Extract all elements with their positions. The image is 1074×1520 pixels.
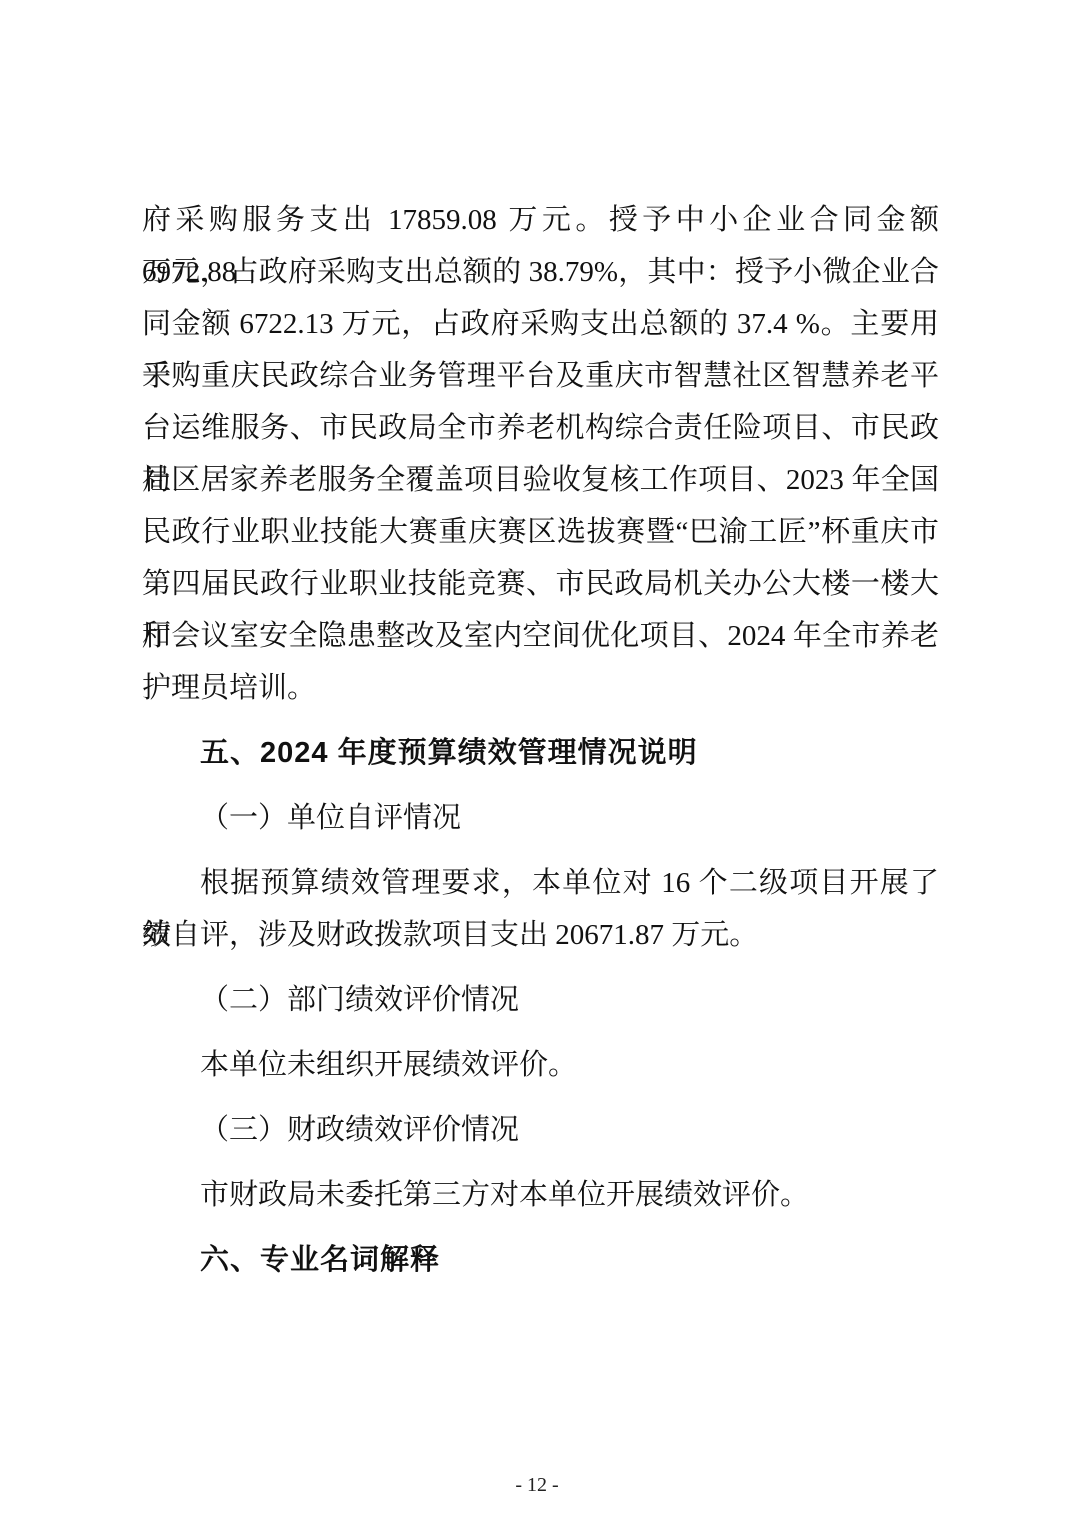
- page-number: - 12 -: [0, 1472, 1074, 1498]
- body-line: 效自评，涉及财政拨款项目支出 20671.87 万元。: [142, 909, 939, 961]
- paragraph-department-evaluation: 本单位未组织开展绩效评价。: [142, 1039, 939, 1091]
- section-5-1-heading: （一）单位自评情况: [142, 792, 939, 844]
- document-body: 府采购服务支出 17859.08 万元。授予中小企业合同金额 6972.88 万…: [142, 194, 939, 1299]
- paragraph-finance-evaluation: 市财政局未委托第三方对本单位开展绩效评价。: [142, 1169, 939, 1221]
- body-line: 民政行业职业技能大赛重庆赛区选拔赛暨“巴渝工匠”杯重庆市: [142, 506, 939, 558]
- paragraph-procurement: 府采购服务支出 17859.08 万元。授予中小企业合同金额 6972.88 万…: [142, 194, 939, 714]
- body-line: 万元，占政府采购支出总额的 38.79%，其中：授予小微企业合: [142, 246, 939, 298]
- body-line: 护理员培训。: [142, 662, 939, 714]
- body-line: 社区居家养老服务全覆盖项目验收复核工作项目、2023 年全国: [142, 454, 939, 506]
- paragraph-self-evaluation: 根据预算绩效管理要求，本单位对 16 个二级项目开展了绩 效自评，涉及财政拨款项…: [142, 857, 939, 961]
- body-line: 同金额 6722.13 万元，占政府采购支出总额的 37.4 %。主要用于: [142, 298, 939, 350]
- body-line: 根据预算绩效管理要求，本单位对 16 个二级项目开展了绩: [142, 857, 939, 909]
- section-5-heading: 五、2024 年度预算绩效管理情况说明: [142, 727, 939, 779]
- section-5-3-heading: （三）财政绩效评价情况: [142, 1104, 939, 1156]
- body-line: 采购重庆民政综合业务管理平台及重庆市智慧社区智慧养老平: [142, 350, 939, 402]
- section-5-2-heading: （二）部门绩效评价情况: [142, 974, 939, 1026]
- body-line: 市财政局未委托第三方对本单位开展绩效评价。: [142, 1169, 939, 1221]
- body-line: 和会议室安全隐患整改及室内空间优化项目、2024 年全市养老: [142, 610, 939, 662]
- body-line: 台运维服务、市民政局全市养老机构综合责任险项目、市民政局: [142, 402, 939, 454]
- body-line: 本单位未组织开展绩效评价。: [142, 1039, 939, 1091]
- body-line: 府采购服务支出 17859.08 万元。授予中小企业合同金额 6972.88: [142, 194, 939, 246]
- section-6-heading: 六、专业名词解释: [142, 1234, 939, 1286]
- document-page: 府采购服务支出 17859.08 万元。授予中小企业合同金额 6972.88 万…: [0, 0, 1074, 1520]
- body-line: 第四届民政行业职业技能竞赛、市民政局机关办公大楼一楼大厅: [142, 558, 939, 610]
